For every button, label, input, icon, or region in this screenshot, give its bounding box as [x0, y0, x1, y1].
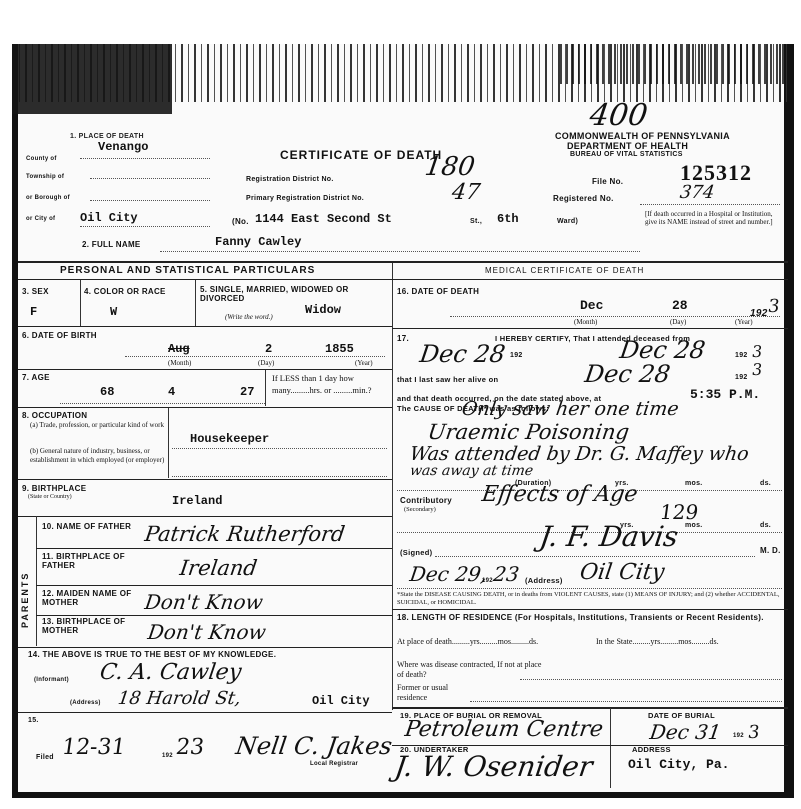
father-birthplace-label: 11. BIRTHPLACE OF FATHER	[42, 552, 132, 570]
registrar-label: Local Registrar	[310, 761, 358, 767]
dob-day: 2	[265, 342, 272, 356]
row-rule	[18, 712, 392, 713]
ward-value: 6th	[497, 212, 519, 226]
dotted-rule	[80, 158, 210, 159]
former-residence-label: Former or usual residence	[397, 683, 457, 703]
primary-reg-district-label: Primary Registration District No.	[246, 195, 364, 202]
medical-section-title: MEDICAL CERTIFICATE OF DEATH	[485, 266, 644, 275]
dob-year-hint: (Year)	[355, 359, 373, 367]
marital-hint: (Write the word.)	[225, 313, 273, 321]
section-rule	[18, 279, 392, 280]
dob-day-hint: (Day)	[258, 359, 274, 367]
registered-no: 374	[679, 182, 716, 203]
row-rule	[36, 585, 392, 586]
last-saw-text: that I last saw her alive on	[397, 375, 498, 384]
borough-label: or Borough of	[26, 195, 70, 201]
hospital-note: [If death occurred in a Hospital or Inst…	[645, 210, 775, 226]
secondary-hint: (Secondary)	[404, 506, 436, 513]
filed-num: 15.	[28, 717, 39, 724]
birthplace-label: 9. BIRTHPLACE	[22, 484, 86, 493]
filed-date: 12-31	[60, 735, 127, 760]
race-label: 4. COLOR OR RACE	[84, 287, 166, 296]
undertaker-address: Oil City, Pa.	[628, 757, 729, 772]
signed-year-prefix: 192	[482, 578, 493, 584]
mother-birthplace-label: 13. BIRTHPLACE OF MOTHER	[42, 617, 142, 635]
duration-ds: ds.	[760, 480, 771, 487]
mother-maiden-label: 12. MAIDEN NAME OF MOTHER	[42, 589, 142, 607]
row-rule	[18, 326, 392, 327]
race-value: W	[110, 305, 117, 319]
attended-to-year-prefix: 192	[735, 352, 748, 359]
signed-date: Dec 29, 23	[408, 562, 520, 586]
row-rule	[18, 516, 392, 517]
less-than-day-text: If LESS than 1 day how many.........hrs.…	[272, 372, 390, 396]
burial-date-label: DATE OF BURIAL	[648, 711, 715, 720]
attended-from: Dec 28	[418, 340, 507, 368]
signed-address: Oil City	[578, 560, 666, 585]
dotted-rule	[125, 356, 385, 357]
undertaker-signature: J. W. Osenider	[393, 750, 595, 783]
street-prefix: (No.	[232, 217, 249, 226]
father-birthplace-value: Ireland	[178, 556, 258, 580]
time-of-death: 5:35 P.M.	[690, 387, 760, 402]
row-rule	[18, 407, 392, 408]
row-rule	[18, 479, 392, 480]
cell-divider	[36, 516, 37, 646]
dob-month: Aug	[168, 342, 190, 356]
county-label: County of	[26, 156, 57, 162]
age-years: 68	[100, 385, 114, 399]
scan-noise-band-right	[560, 44, 794, 84]
mother-maiden-value: Don't Know	[143, 590, 264, 614]
physician-signature: J. F. Davis	[538, 520, 681, 553]
birthplace-value: Ireland	[172, 494, 222, 508]
age-months: 4	[168, 385, 175, 399]
duration-mos: mos.	[685, 480, 703, 487]
burial-year-prefix: 192	[733, 733, 744, 739]
cell-divider	[195, 280, 196, 326]
dotted-rule	[60, 403, 265, 404]
row-rule	[392, 609, 788, 610]
row-rule	[18, 369, 392, 370]
cause-line-2: Uraemic Poisoning	[426, 420, 630, 444]
contributory-value: Effects of Age	[480, 482, 639, 507]
occupation-b-label: (b) General nature of industry, business…	[30, 447, 170, 465]
signed-label: (Signed)	[400, 548, 432, 557]
dotted-rule	[80, 226, 210, 227]
where-contracted: Where was disease contracted, If not at …	[397, 660, 547, 680]
last-saw-date: Dec 28	[583, 360, 672, 388]
section-rule	[18, 261, 788, 263]
informant-address-hand: 18 Harold St,	[117, 688, 243, 709]
dod-year-hint: (Year)	[735, 318, 753, 326]
dotted-rule	[470, 701, 782, 702]
township-label: Township of	[26, 174, 64, 180]
dotted-rule	[172, 476, 387, 477]
dob-year: 1855	[325, 342, 354, 356]
city-value: Oil City	[80, 211, 138, 225]
informant-address-typed: Oil City	[312, 694, 370, 708]
contributory-mos: mos.	[685, 522, 703, 529]
full-name-label: 2. FULL NAME	[82, 240, 141, 249]
ward-label: Ward)	[557, 218, 578, 225]
full-name-value: Fanny Cawley	[215, 235, 301, 249]
occupation-value: Housekeeper	[190, 432, 269, 446]
burial-date: Dec 31	[648, 720, 722, 744]
row-rule	[36, 548, 392, 549]
state-line-3: BUREAU OF VITAL STATISTICS	[570, 151, 683, 158]
street-value: 1144 East Second St	[255, 212, 392, 226]
dod-day: 28	[672, 298, 688, 313]
primary-reg-district: 47	[450, 180, 482, 205]
state-line-2: DEPARTMENT OF HEALTH	[567, 141, 688, 151]
father-name-value: Patrick Rutherford	[143, 522, 346, 546]
dotted-rule	[160, 251, 640, 252]
filed-label: Filed	[36, 754, 54, 761]
cell-divider	[610, 708, 611, 788]
marital-label: 5. SINGLE, MARRIED, WIDOWED OR DIVORCED	[200, 285, 385, 303]
informant-label: (Informant)	[34, 677, 69, 683]
residence-at-place: At place of death.........yrs.........mo…	[397, 637, 587, 647]
place-of-death-label: 1. PLACE OF DEATH	[70, 133, 144, 140]
reg-district-label: Registration District No.	[246, 176, 334, 183]
attended-from-year-prefix: 192	[510, 352, 523, 359]
dotted-rule	[397, 588, 782, 589]
cell-divider	[168, 408, 169, 478]
registrar-signature: Nell C. Jakes	[234, 732, 394, 760]
cell-divider	[80, 280, 81, 326]
row-rule	[18, 647, 392, 648]
age-label: 7. AGE	[22, 373, 50, 382]
row-rule	[392, 328, 788, 329]
dob-month-hint: (Month)	[168, 359, 191, 367]
cause-line-4: was away at time	[409, 463, 534, 479]
dod-month: Dec	[580, 298, 603, 313]
filed-year-prefix: 192	[162, 753, 173, 759]
occupation-a-label: (a) Trade, profession, or particular kin…	[30, 421, 170, 430]
signed-address-label: (Address)	[525, 576, 563, 585]
parents-side-label: PARENTS	[20, 545, 32, 655]
county-value: Venango	[98, 140, 148, 154]
footnote: *State the DISEASE CAUSING DEATH, or in …	[397, 591, 782, 607]
sex-label: 3. SEX	[22, 287, 49, 296]
dotted-rule	[520, 679, 782, 680]
dotted-rule	[90, 178, 210, 179]
section-rule	[392, 279, 788, 280]
file-no-label: File No.	[592, 177, 623, 186]
state-line-1: COMMONWEALTH OF PENNSYLVANIA	[555, 131, 730, 141]
dotted-rule	[90, 200, 210, 201]
residence-in-state: In the State.........yrs.........mos....…	[596, 637, 786, 647]
birthplace-hint: (State or Country)	[28, 494, 72, 500]
informant-value: C. A. Cawley	[98, 660, 243, 685]
document-title: CERTIFICATE OF DEATH	[280, 148, 442, 162]
last-saw-year-prefix: 192	[735, 374, 748, 381]
sex-value: F	[30, 305, 37, 319]
father-name-label: 10. NAME OF FATHER	[42, 522, 132, 531]
burial-place: Petroleum Centre	[403, 717, 604, 742]
cause-line-1: Only saw her one time	[460, 398, 680, 420]
dotted-rule	[435, 556, 755, 557]
street-suffix: St.,	[470, 218, 482, 225]
informant-address-label: (Address)	[70, 700, 101, 706]
personal-section-title: PERSONAL AND STATISTICAL PARTICULARS	[60, 265, 315, 276]
dotted-rule	[640, 204, 780, 205]
cause-line-3: Was attended by Dr. G. Maffey who	[408, 443, 750, 465]
dotted-rule	[450, 316, 780, 317]
undertaker-address-label: ADDRESS	[632, 745, 671, 754]
md-label: M. D.	[760, 546, 781, 555]
filed-year: 23	[174, 735, 206, 760]
mother-birthplace-value: Don't Know	[146, 620, 267, 644]
dotted-rule	[172, 448, 387, 449]
scan-dark-corner	[12, 44, 172, 114]
contributory-ds: ds.	[760, 522, 771, 529]
dod-day-hint: (Day)	[670, 318, 686, 326]
city-label: or City of	[26, 216, 55, 222]
certify-num: 17.	[397, 334, 409, 343]
informant-title: 14. THE ABOVE IS TRUE TO THE BEST OF MY …	[28, 650, 276, 659]
dob-label: 6. DATE OF BIRTH	[22, 331, 97, 340]
row-rule	[36, 615, 392, 616]
reg-district: 180	[423, 152, 477, 182]
contributory-label: Contributory	[400, 496, 452, 505]
marital-value: Widow	[305, 303, 341, 317]
column-divider	[392, 262, 393, 710]
dod-label: 16. DATE OF DEATH	[397, 287, 479, 296]
cell-divider	[265, 370, 266, 406]
handwritten-top-number: 400	[588, 98, 650, 133]
row-rule	[392, 707, 788, 709]
dod-month-hint: (Month)	[574, 318, 597, 326]
registered-no-label: Registered No.	[553, 194, 614, 203]
age-days: 27	[240, 385, 254, 399]
occupation-label: 8. OCCUPATION	[22, 411, 87, 420]
residence-label: 18. LENGTH OF RESIDENCE (For Hospitals, …	[397, 613, 782, 622]
